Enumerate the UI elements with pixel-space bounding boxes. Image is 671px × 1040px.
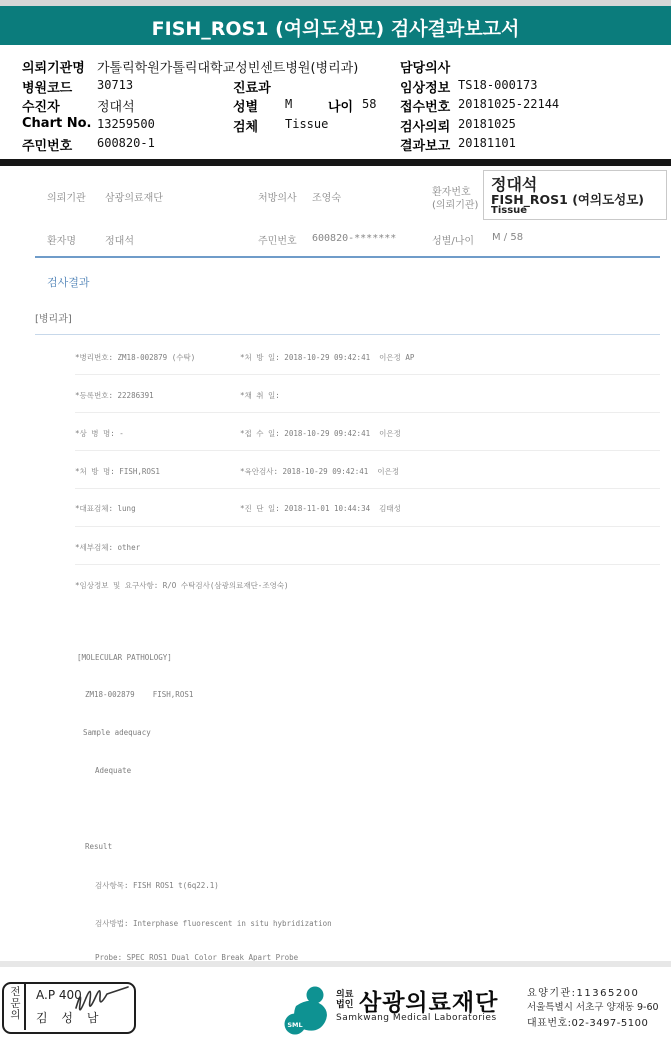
molecular-line: [MOLECULAR PATHOLOGY] — [77, 653, 172, 662]
doctor-label: 담당의사 — [400, 57, 450, 76]
row-separator — [75, 412, 660, 413]
light-blue-rule — [35, 334, 660, 335]
row-separator — [75, 450, 660, 451]
receipt-no-value: 20181025-22144 — [458, 97, 559, 111]
result-section-title: 검사결과 — [47, 274, 90, 290]
patient-name-label: 환자명 — [47, 232, 76, 247]
prescribing-doctor-label: 처방의사 — [258, 189, 297, 204]
report-date-label: 결과보고 — [400, 135, 450, 154]
patient-value: 정대석 — [97, 96, 135, 115]
scan-jumin-value: 600820-******* — [312, 233, 396, 244]
hospital-code-label: 병원코드 — [22, 77, 72, 96]
footer-separator — [0, 961, 671, 967]
clinical-info-label: 임상정보 — [400, 77, 450, 96]
patient-name-value: 정대석 — [105, 232, 134, 247]
detail-left: *세부검체: other — [75, 542, 140, 553]
box-specimen: Tissue — [491, 205, 527, 216]
detail-left: *대표검체: lung — [75, 503, 136, 514]
org-label: 의뢰기관명 — [22, 57, 85, 76]
request-date-value: 20181025 — [458, 117, 516, 131]
molecular-line: 검사방법: Interphase fluorescent in situ hyb… — [95, 918, 332, 929]
specimen-value: Tissue — [285, 117, 328, 131]
signature-icon — [72, 984, 130, 1016]
jumin-label: 주민번호 — [22, 135, 72, 154]
detail-right: *진 단 일: 2018-11-01 10:44:34 김태성 — [240, 503, 401, 514]
blue-rule — [35, 256, 660, 258]
specimen-label: 검체 — [233, 116, 258, 135]
detail-right: *채 취 일: — [240, 390, 280, 401]
molecular-line: ZM18-002879 FISH,ROS1 — [85, 690, 193, 699]
sex-age-label: 성별/나이 — [432, 232, 474, 247]
patient-no-label-line2: (의뢰기관) — [432, 196, 478, 211]
dept-tag: [병리과] — [35, 310, 72, 325]
lab-address: 서울특별시 서초구 양재동 9-60 — [527, 999, 659, 1013]
molecular-line: Sample adequacy — [83, 728, 151, 737]
molecular-line: 검사항목: FISH ROS1 t(6q22.1) — [95, 880, 219, 891]
sex-age-value: M / 58 — [492, 232, 523, 243]
chart-no-value: 13259500 — [97, 117, 155, 131]
hospital-code-value: 30713 — [97, 78, 133, 92]
age-label: 나이 — [328, 96, 353, 115]
section-divider — [0, 159, 671, 166]
requesting-org-value: 삼광의료재단 — [105, 189, 163, 204]
sex-label: 성별 — [233, 96, 258, 115]
report-date-value: 20181101 — [458, 136, 516, 150]
age-value: 58 — [362, 97, 376, 111]
detail-left: *등록번호: 22286391 — [75, 390, 154, 401]
lab-name-english: Samkwang Medical Laboratories — [336, 1013, 497, 1023]
svg-text:SML: SML — [287, 1021, 302, 1029]
page-title: FISH_ROS1 (여의도성모) 검사결과보고서 — [0, 14, 671, 41]
org-value: 가톨릭학원가톨릭대학교성빈센트병원(병리과) — [97, 57, 358, 76]
row-separator — [75, 374, 660, 375]
requesting-org-label: 의뢰기관 — [47, 189, 86, 204]
detail-right: *처 방 일: 2018-10-29 09:42:41 이은정 AP — [240, 352, 414, 363]
org-type-line1: 의료 — [336, 991, 353, 1000]
row-separator — [75, 488, 660, 489]
org-type-line2: 법인 — [336, 1001, 353, 1010]
sex-value: M — [285, 97, 292, 111]
report-page: FISH_ROS1 (여의도성모) 검사결과보고서 의뢰기관명 가톨릭학원가톨릭… — [0, 0, 671, 1040]
detail-right: *접 수 일: 2018-10-29 09:42:41 이은정 — [240, 428, 401, 439]
chart-no-label: Chart No. — [22, 116, 91, 131]
detail-left: *병리번호: ZM18-002879 (수탁) — [75, 352, 195, 363]
molecular-line: Adequate — [95, 766, 131, 775]
row-separator — [75, 564, 660, 565]
receipt-no-label: 접수번호 — [400, 96, 450, 115]
clinical-info-value: TS18-000173 — [458, 78, 537, 92]
molecular-line: Result — [85, 842, 112, 851]
dept-label: 진료과 — [233, 77, 271, 96]
lab-phone: 대표번호:02-3497-5100 — [527, 1014, 648, 1029]
detail-right: *육안검사: 2018-10-29 09:42:41 이은정 — [240, 466, 399, 477]
detail-left: *상 병 명: - — [75, 428, 124, 439]
care-org-number: 요양기관:11365200 — [527, 984, 639, 999]
prescribing-doctor-value: 조영숙 — [312, 189, 341, 204]
scan-jumin-label: 주민번호 — [258, 232, 297, 247]
sml-logo-icon: SML — [284, 986, 332, 1036]
row-separator — [75, 526, 660, 527]
request-date-label: 검사의뢰 — [400, 116, 450, 135]
specialist-role-label: 전문의 — [8, 986, 23, 1021]
detail-left: *임상정보 및 요구사항: R/O 수탁검사(삼광의료재단-조영숙) — [75, 580, 289, 591]
jumin-value: 600820-1 — [97, 136, 155, 150]
detail-left: *처 방 명: FISH,ROS1 — [75, 466, 160, 477]
patient-label: 수진자 — [22, 96, 60, 115]
